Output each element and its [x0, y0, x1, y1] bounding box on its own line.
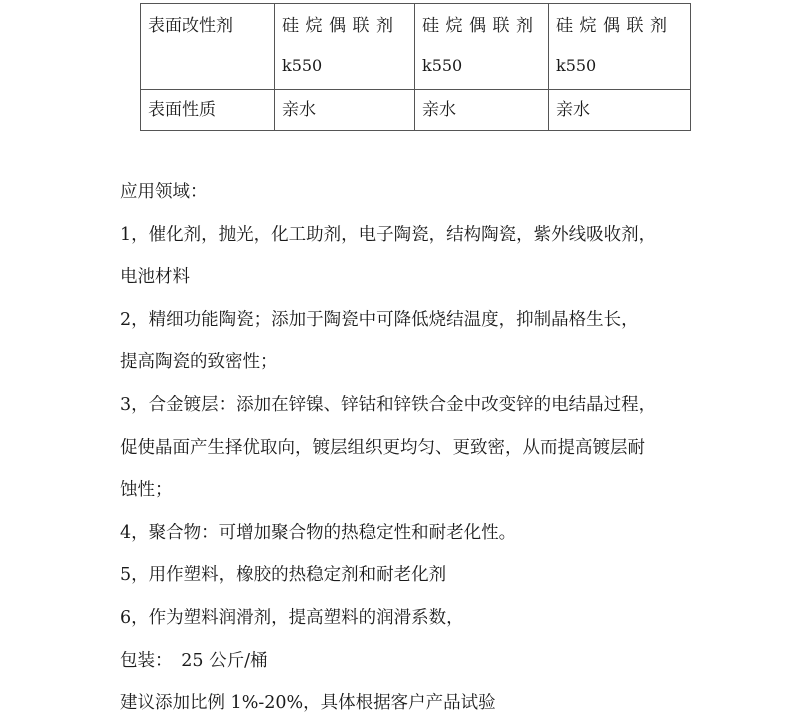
cell-text-line1: 硅烷偶联剂	[282, 4, 414, 46]
table-row-modifier: 表面改性剂 硅烷偶联剂 k550 硅烷偶联剂 k550 硅烷偶联剂 k550	[141, 4, 691, 90]
document-body: 应用领域： 1，催化剂，抛光，化工助剂，电子陶瓷，结构陶瓷，紫外线吸收剂， 电池…	[120, 171, 720, 725]
application-line: 6，作为塑料润滑剂，提高塑料的润滑系数，	[120, 597, 720, 640]
recommendation-line: 建议添加比例 1%-20%，具体根据客户产品试验	[120, 682, 720, 725]
cell-text-line2: k550	[556, 46, 690, 88]
cell-modifier-1: 硅烷偶联剂 k550	[275, 4, 415, 90]
application-line: 提高陶瓷的致密性；	[120, 341, 720, 384]
packaging-line: 包装： 25 公斤/桶	[120, 640, 720, 683]
spec-table: 表面改性剂 硅烷偶联剂 k550 硅烷偶联剂 k550 硅烷偶联剂 k550 表…	[140, 3, 691, 131]
application-line: 3，合金镀层：添加在锌镍、锌钴和锌铁合金中改变锌的电结晶过程，	[120, 384, 720, 427]
application-line: 1，催化剂，抛光，化工助剂，电子陶瓷，结构陶瓷，紫外线吸收剂，	[120, 214, 720, 257]
application-line: 5，用作塑料，橡胶的热稳定剂和耐老化剂	[120, 554, 720, 597]
table-row-surface-property: 表面性质 亲水 亲水 亲水	[141, 90, 691, 131]
cell-text-line2: k550	[282, 46, 414, 88]
cell-modifier-3: 硅烷偶联剂 k550	[549, 4, 691, 90]
cell-surface-property-2: 亲水	[415, 90, 549, 131]
cell-text-line1: 硅烷偶联剂	[422, 4, 548, 46]
application-line: 4，聚合物：可增加聚合物的热稳定性和耐老化性。	[120, 512, 720, 555]
applications-heading: 应用领域：	[120, 171, 720, 214]
cell-modifier-2: 硅烷偶联剂 k550	[415, 4, 549, 90]
cell-text-line1: 硅烷偶联剂	[556, 4, 690, 46]
row-label-surface-property: 表面性质	[141, 90, 275, 131]
application-line: 2，精细功能陶瓷；添加于陶瓷中可降低烧结温度，抑制晶格生长，	[120, 299, 720, 342]
cell-surface-property-1: 亲水	[275, 90, 415, 131]
cell-surface-property-3: 亲水	[549, 90, 691, 131]
application-line: 电池材料	[120, 256, 720, 299]
application-line: 促使晶面产生择优取向，镀层组织更均匀、更致密，从而提高镀层耐	[120, 427, 720, 470]
application-line: 蚀性；	[120, 469, 720, 512]
row-label-modifier: 表面改性剂	[141, 4, 275, 90]
cell-text-line2: k550	[422, 46, 548, 88]
